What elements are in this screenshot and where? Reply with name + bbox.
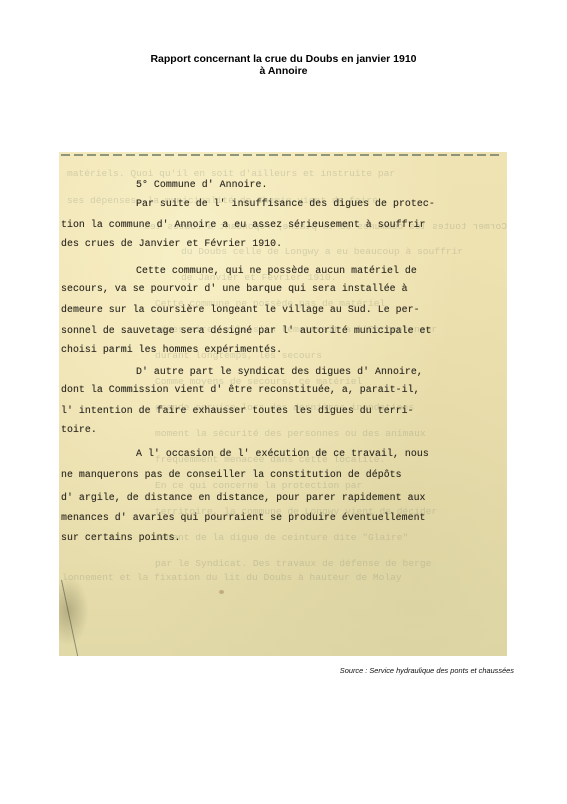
report-title-line-2: à Annoire: [0, 65, 567, 77]
letter-line: ne manquerons pas de conseiller la const…: [61, 469, 402, 480]
scanned-document: matériels. Quoi qu'il en soit d'ailleurs…: [59, 152, 507, 656]
bleed-line: par le Syndicat. Des travaux de défense …: [155, 558, 507, 569]
source-caption: Source : Service hydraulique des ponts e…: [340, 666, 514, 675]
letter-heading: 5° Commune d' Annoire.: [136, 179, 267, 190]
bleed-line: moment la sécurité des personnes ou des …: [155, 428, 507, 439]
report-title-line-1: Rapport concernant la crue du Doubs en j…: [0, 53, 567, 65]
letter-line: tion la commune d' Annoire a eu assez sé…: [61, 219, 426, 230]
letter-line: sonnel de sauvetage sera désigné par l' …: [61, 325, 432, 336]
bleed-line: lonnement et la fixation du lit du Doubs…: [62, 572, 507, 583]
paper-stain: [219, 590, 224, 594]
bleed-line: rement de la digue de ceinture dite "Gla…: [155, 532, 507, 543]
bleed-line: En ce qui concerne la protection par: [155, 480, 507, 491]
letter-line: l' intention de faire exhausser toutes l…: [61, 405, 414, 416]
letter-line: Cette commune, qui ne possède aucun maté…: [136, 265, 417, 276]
letter-line: A l' occasion de l' exécution de ce trav…: [136, 448, 429, 459]
letter-line: demeure sur la coursière longeant le vil…: [61, 304, 420, 315]
letter-line: dont la Commission vient d' être reconst…: [61, 384, 420, 395]
typed-dash-rule: [61, 154, 503, 156]
letter-line: d' argile, de distance en distance, pour…: [61, 492, 426, 503]
letter-line: menances d' avaries qui pourraient se pr…: [61, 512, 426, 523]
letter-line: des crues de Janvier et Février 1910.: [61, 238, 282, 249]
report-title: Rapport concernant la crue du Doubs en j…: [0, 53, 567, 77]
letter-line: D' autre part le syndicat des digues d' …: [136, 366, 423, 377]
letter-line: Par suite de l' insuffisance des digues …: [136, 198, 435, 209]
letter-line: choisi parmi les hommes expérimentés.: [61, 344, 282, 355]
letter-line: sur certains points.: [61, 532, 181, 543]
letter-line: secours, va se pourvoir d' une barque qu…: [61, 283, 408, 294]
bleed-line: matériels. Quoi qu'il en soit d'ailleurs…: [67, 168, 507, 179]
letter-line: toire.: [61, 424, 97, 435]
